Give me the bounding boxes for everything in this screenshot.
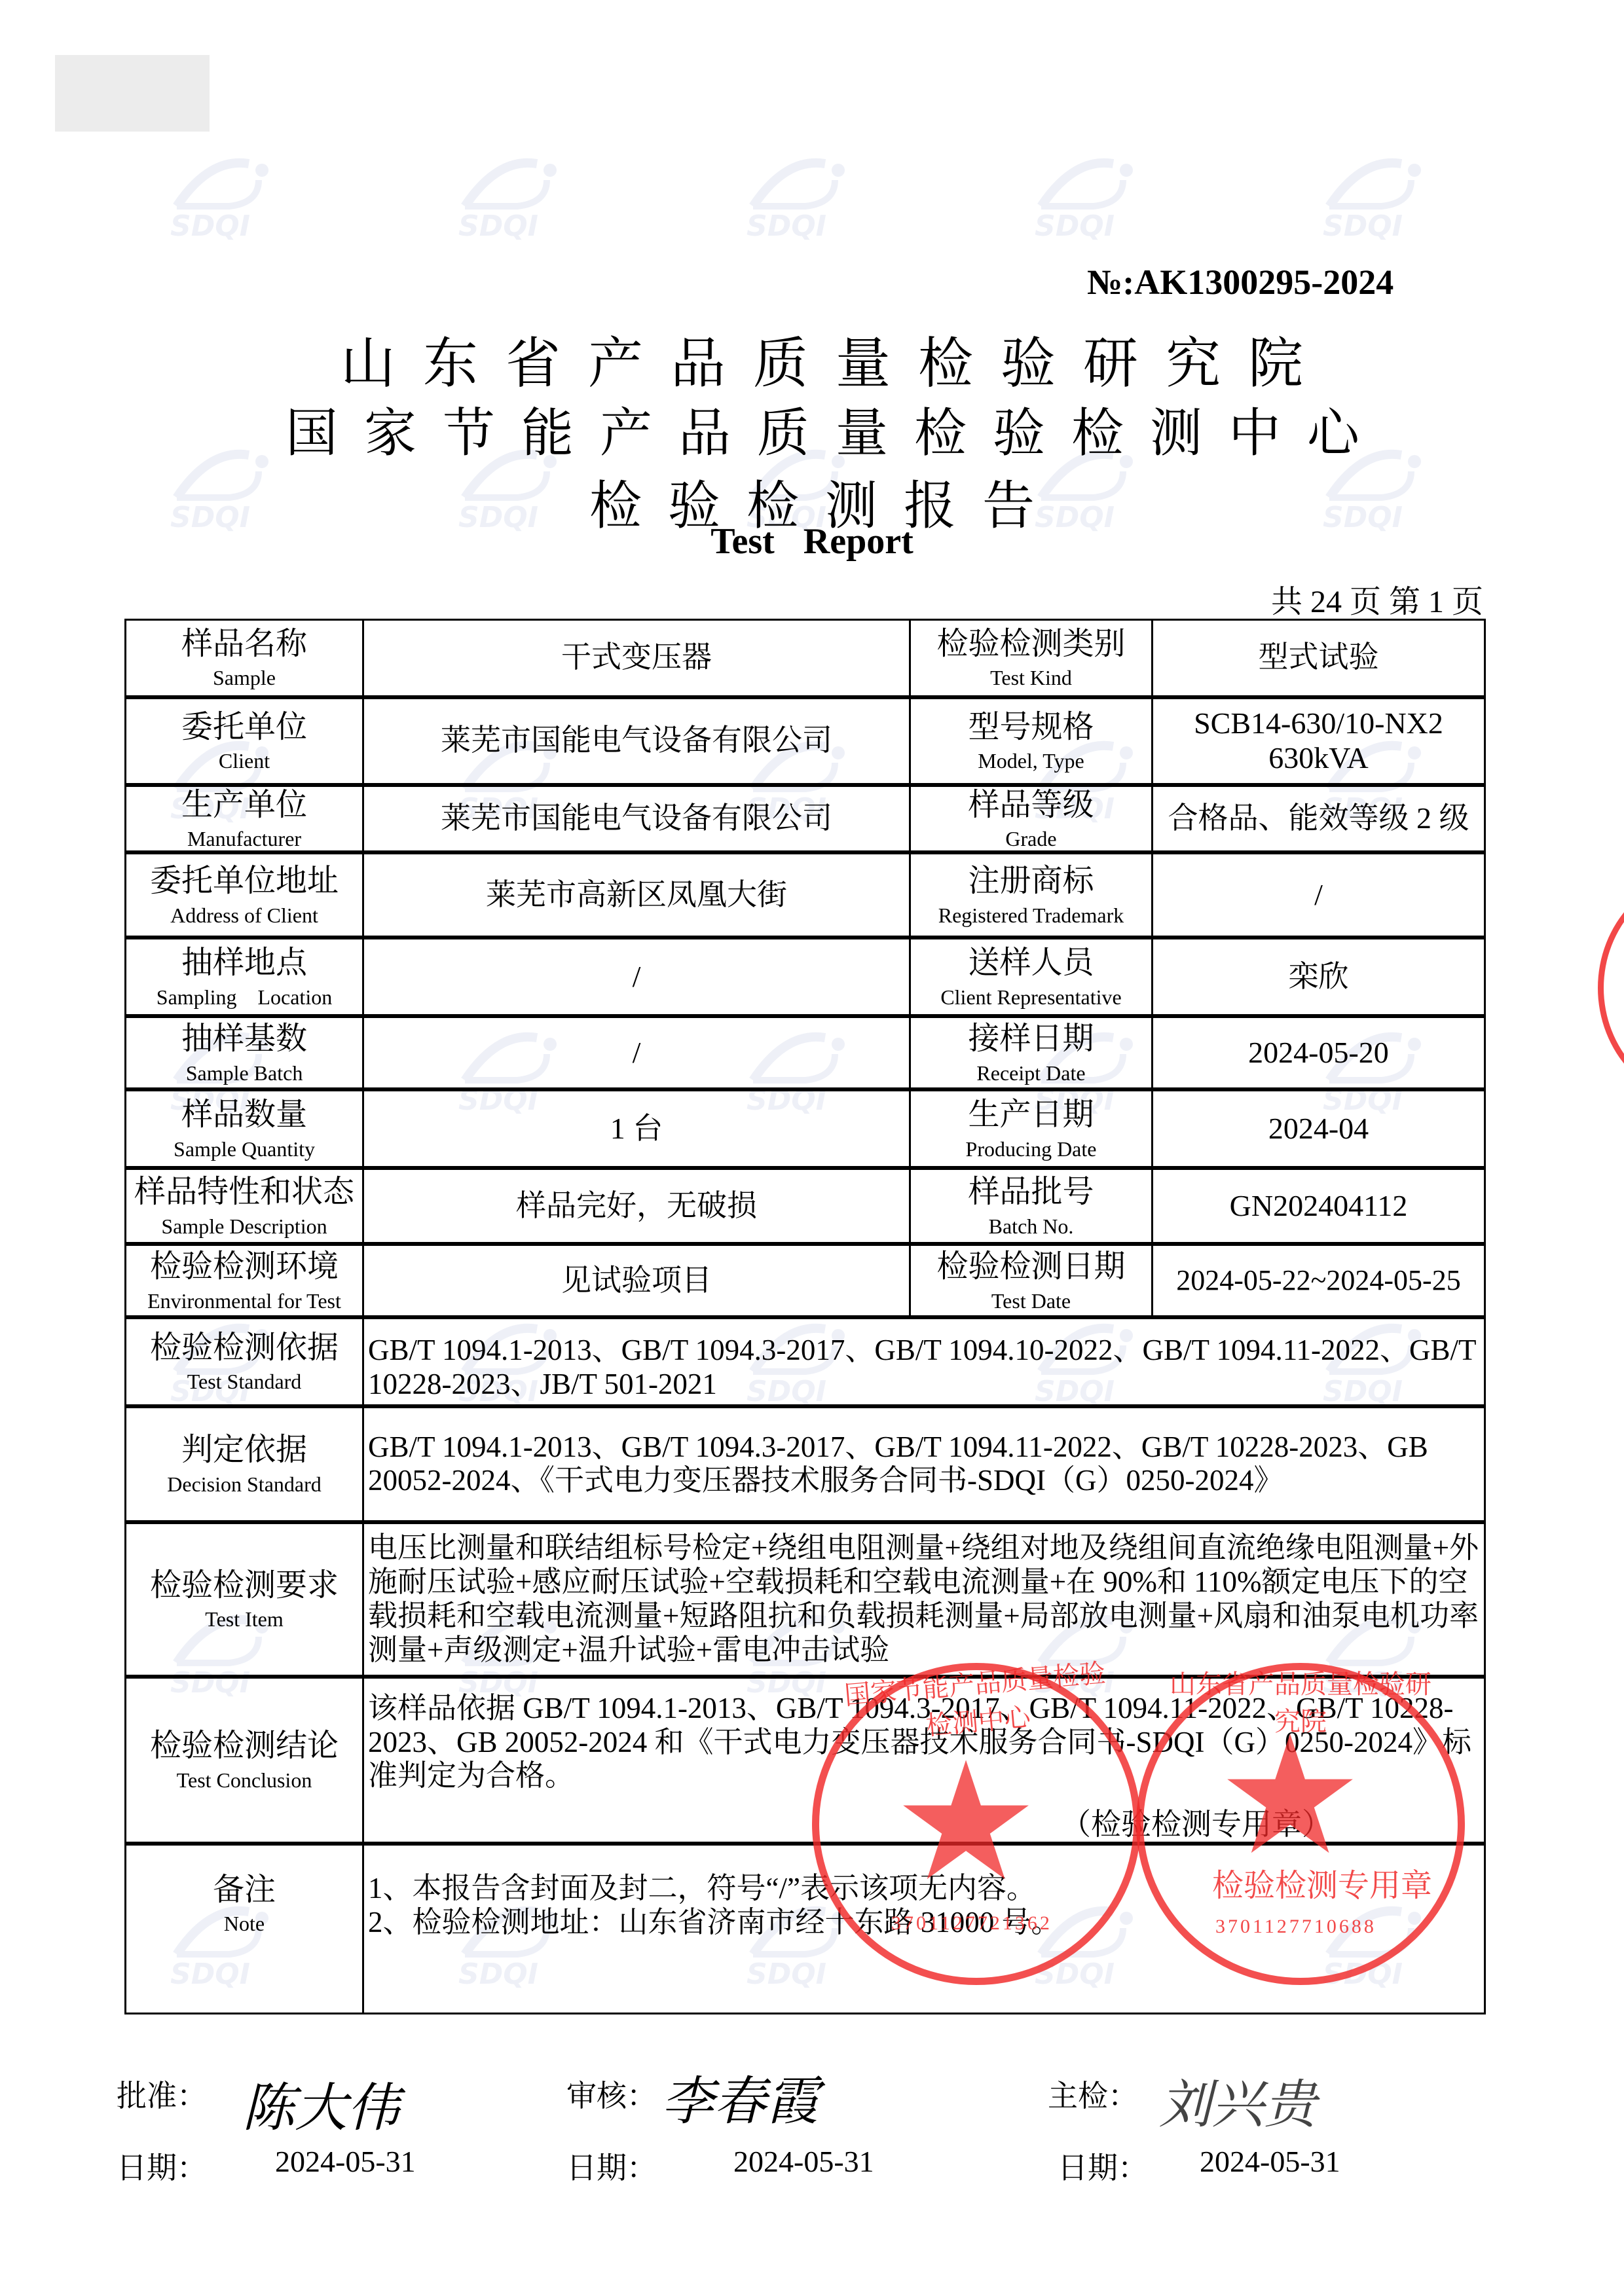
approve-signature: 陈大伟 [242,2066,399,2141]
sdqi-watermark-icon: SDQI [151,144,295,242]
table-row: 委托单位Client 莱芜市国能电气设备有限公司 型号规格Model, Type… [126,697,1485,785]
label-trademark: 注册商标Registered Trademark [910,852,1153,938]
table-row: 样品名称Sample 干式变压器 检验检测类别Test Kind 型式试验 [126,620,1485,697]
table-row: 检验检测要求Test Item 电压比测量和联结组标号检定+绕组电阻测量+绕组对… [126,1522,1485,1677]
svg-text:SDQI: SDQI [1323,210,1403,242]
table-row: 抽样地点Sampling Location / 送样人员Client Repre… [126,938,1485,1016]
label-producing-date: 生产日期Producing Date [910,1089,1153,1168]
seal-center-text: 检验检测专用章 [1212,1860,1432,1905]
seal-code: 3701127710688 [1215,1916,1376,1938]
report-title-en: Test Report [0,520,1624,562]
value-test-kind: 型式试验 [1153,620,1485,697]
approve-label: 批准： [117,2072,207,2115]
label-client: 委托单位Client [126,697,363,785]
label-sample: 样品名称Sample [126,620,363,697]
value-producing-date: 2024-04 [1153,1089,1485,1168]
review-date: 2024-05-31 [733,2144,874,2179]
value-test-standard: GB/T 1094.1-2013、GB/T 1094.3-2017、GB/T 1… [363,1317,1485,1406]
label-test-standard: 检验检测依据Test Standard [126,1317,363,1406]
label-sample-quantity: 样品数量Sample Quantity [126,1089,363,1168]
value-sample-description: 样品完好，无破损 [363,1168,910,1244]
table-row: 样品数量Sample Quantity 1 台 生产日期Producing Da… [126,1089,1485,1168]
label-sample-description: 样品特性和状态Sample Description [126,1168,363,1244]
value-trademark: / [1153,852,1485,938]
svg-text:SDQI: SDQI [458,210,538,242]
value-client: 莱芜市国能电气设备有限公司 [363,697,910,785]
table-row: 委托单位地址Address of Client 莱芜市高新区凤凰大街 注册商标R… [126,852,1485,938]
value-client-address: 莱芜市高新区凤凰大街 [363,852,910,938]
sdqi-watermark-icon: SDQI [1015,144,1159,242]
seal-code: 3701127721362 [891,1912,1052,1935]
table-row: 检验检测依据Test Standard GB/T 1094.1-2013、GB/… [126,1317,1485,1406]
table-row: 判定依据Decision Standard GB/T 1094.1-2013、G… [126,1406,1485,1522]
seal-energy-center: ★ 国家节能产品质量检验检测中心 3701127721362 [812,1663,1141,1985]
label-test-item: 检验检测要求Test Item [126,1522,363,1677]
value-test-item: 电压比测量和联结组标号检定+绕组电阻测量+绕组对地及绕组间直流绝缘电阻测量+外施… [363,1522,1485,1677]
label-client-address: 委托单位地址Address of Client [126,852,363,938]
label-sampling-location: 抽样地点Sampling Location [126,938,363,1016]
table-row: 检验检测环境Environmental for Test 见试验项目 检验检测日… [126,1244,1485,1317]
label-model-type: 型号规格Model, Type [910,697,1153,785]
label-test-conclusion: 检验检测结论Test Conclusion [126,1677,363,1844]
star-icon: ★ [893,1742,1039,1906]
report-number: №:AK1300295-2024 [1087,262,1393,302]
value-environment: 见试验项目 [363,1244,910,1317]
sdqi-watermark-icon: SDQI [727,144,871,242]
table-row: 样品特性和状态Sample Description 样品完好，无破损 样品批号B… [126,1168,1485,1244]
page-info: 共 24 页 第 1 页 [1271,576,1483,621]
label-note: 备注Note [126,1844,363,2014]
approve-date-label: 日期： [117,2144,207,2187]
label-sample-batch: 抽样基数Sample Batch [126,1016,363,1089]
review-signature: 李春霞 [661,2059,819,2134]
label-batch-no: 样品批号Batch No. [910,1168,1153,1244]
watermark-box [55,55,210,132]
value-model-type: SCB14-630/10-NX2630kVA [1153,697,1485,785]
star-icon: ★ [1217,1716,1363,1880]
svg-text:SDQI: SDQI [1035,210,1115,242]
seal-ring-text: 山东省产品质量检验研究院 [1170,1664,1431,1738]
value-manufacturer: 莱芜市国能电气设备有限公司 [363,785,910,853]
institute-title: 山东省产品质量检验研究院 [0,319,1624,399]
sdqi-watermark-icon: SDQI [1303,144,1447,242]
value-grade: 合格品、能效等级 2 级 [1153,785,1485,853]
table-row: 生产单位Manufacturer 莱芜市国能电气设备有限公司 样品等级Grade… [126,785,1485,853]
svg-text:SDQI: SDQI [170,210,250,242]
value-sampling-location: / [363,938,910,1016]
value-sample-quantity: 1 台 [363,1089,910,1168]
label-grade: 样品等级Grade [910,785,1153,853]
edge-seal [1598,871,1624,1105]
label-client-rep: 送样人员Client Representative [910,938,1153,1016]
table-row: 抽样基数Sample Batch / 接样日期Receipt Date 2024… [126,1016,1485,1089]
value-sample-batch: / [363,1016,910,1089]
value-test-date: 2024-05-22~2024-05-25 [1153,1244,1485,1317]
approve-date: 2024-05-31 [275,2144,416,2179]
inspect-signature: 刘兴贵 [1159,2062,1316,2138]
value-receipt-date: 2024-05-20 [1153,1016,1485,1089]
label-test-kind: 检验检测类别Test Kind [910,620,1153,697]
label-receipt-date: 接样日期Receipt Date [910,1016,1153,1089]
inspect-label: 主检： [1048,2072,1138,2115]
sdqi-watermark-icon: SDQI [439,144,583,242]
label-test-date: 检验检测日期Test Date [910,1244,1153,1317]
inspect-date: 2024-05-31 [1200,2144,1340,2179]
value-sample: 干式变压器 [363,620,910,697]
label-manufacturer: 生产单位Manufacturer [126,785,363,853]
center-title: 国家节能产品质量检验检测中心 [0,391,1624,466]
review-label: 审核： [566,2072,657,2115]
svg-text:SDQI: SDQI [747,210,826,242]
label-environment: 检验检测环境Environmental for Test [126,1244,363,1317]
inspect-date-label: 日期： [1058,2144,1148,2187]
value-batch-no: GN202404112 [1153,1168,1485,1244]
seal-institute: ★ 山东省产品质量检验研究院 检验检测专用章 3701127710688 [1136,1663,1465,1985]
review-date-label: 日期： [566,2144,657,2187]
value-decision-standard: GB/T 1094.1-2013、GB/T 1094.3-2017、GB/T 1… [363,1406,1485,1522]
value-client-rep: 栾欣 [1153,938,1485,1016]
label-decision-standard: 判定依据Decision Standard [126,1406,363,1522]
